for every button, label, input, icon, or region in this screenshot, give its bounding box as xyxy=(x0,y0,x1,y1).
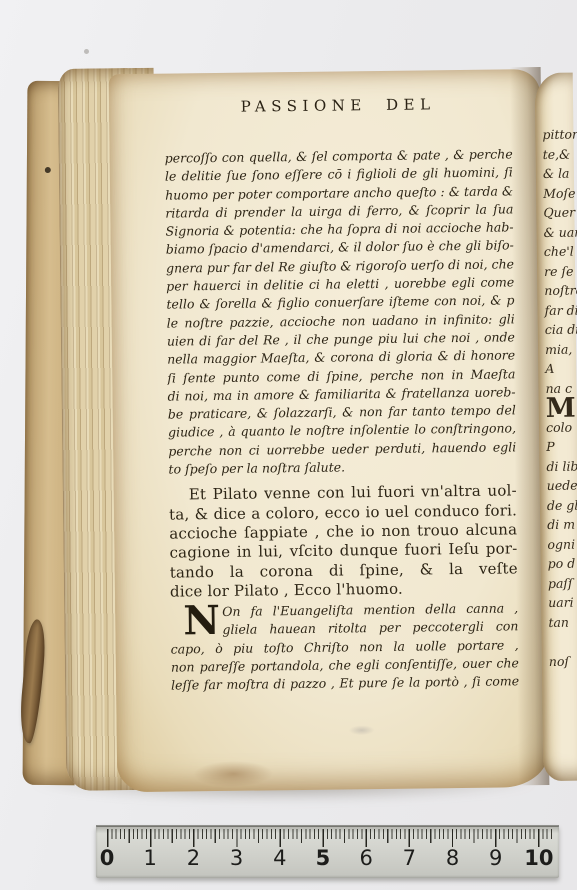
facing-page-fragment: che'l P xyxy=(544,242,577,262)
ruler-numbers: 012345678910 xyxy=(107,846,539,870)
facing-page-fragment: far di xyxy=(544,300,577,320)
facing-page-fragment: re ſe xyxy=(544,261,577,281)
text-block: PASSIONE DEL percoſſo con quella, & ſel … xyxy=(164,95,519,695)
facing-page-fragment: M xyxy=(546,397,577,417)
facing-page-fragment: ogni xyxy=(547,534,577,554)
facing-page-fragment: Quer xyxy=(543,203,577,223)
facing-page-fragment: mia, xyxy=(545,339,577,359)
facing-page-fragment: P xyxy=(546,436,577,456)
facing-page-fragment: uede xyxy=(547,475,577,495)
facing-page-fragment: de gl xyxy=(547,495,577,515)
facing-page-fragment: noſtro xyxy=(544,280,577,300)
text-line: dice lor Pilato , Ecco l'huomo. xyxy=(170,578,518,602)
page-stain xyxy=(193,760,273,787)
showthrough-mark xyxy=(349,725,375,735)
text-line: leſſe far moſtra di pazzo , Et pure ſe l… xyxy=(171,673,519,696)
dust-speck xyxy=(84,49,89,54)
facing-page-fragment: di lib xyxy=(546,456,577,476)
facing-page-fragment: po d xyxy=(548,553,577,573)
book: PASSIONE DEL percoſſo con quella, & ſel … xyxy=(16,55,577,802)
facing-page-fragment: paſſ xyxy=(548,573,577,593)
photo-background: PASSIONE DEL percoſſo con quella, & ſel … xyxy=(0,0,577,890)
facing-page-fragment: & uar xyxy=(544,222,577,242)
ruler-ticks xyxy=(107,829,553,847)
ruler-cm-ticks xyxy=(107,829,553,847)
facing-page-fragment: Moſe xyxy=(543,183,577,203)
paragraph-italic-2: N On fa l'Euangeliſta mention della cann… xyxy=(170,599,519,695)
facing-page-fragment: cia di xyxy=(545,319,577,339)
ruler: 012345678910 xyxy=(96,825,559,878)
facing-page-fragment: tan xyxy=(548,612,577,632)
facing-page-text: pittorte,&& laMoſeQuer& uarche'l Pre ſen… xyxy=(542,125,577,671)
text-line: to ſpeſo per la noſtra ſalute. xyxy=(168,456,516,479)
facing-page-fragment: te,& xyxy=(543,144,577,164)
ink-spot xyxy=(45,167,51,173)
facing-page-fragment: A xyxy=(545,358,577,378)
facing-page-fragment: uari xyxy=(548,592,577,612)
paragraph-italic-1: percoſſo con quella, & ſel comporta & pa… xyxy=(165,145,517,479)
facing-page-fragment: di m xyxy=(547,514,577,534)
facing-page-fragment xyxy=(549,631,577,651)
facing-page-fragment: & la xyxy=(543,164,577,184)
paragraph-roman: Et Pilato venne con lui fuori vn'altra u… xyxy=(169,482,518,602)
main-page: PASSIONE DEL percoſſo con quella, & ſel … xyxy=(109,69,549,792)
facing-page-fragment: pittor xyxy=(542,125,577,145)
facing-page-fragment: noſ xyxy=(549,651,577,671)
drop-cap: N xyxy=(183,604,220,638)
page-header: PASSIONE DEL xyxy=(164,95,512,115)
